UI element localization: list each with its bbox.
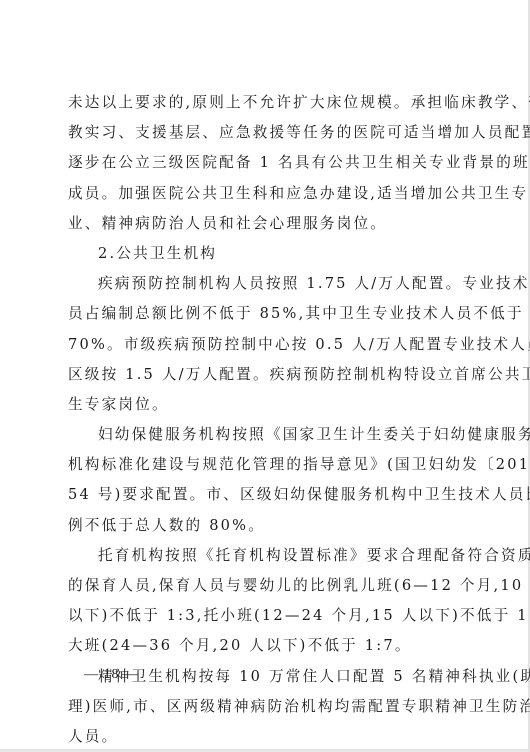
text-line: 的保育人员,保育人员与婴幼儿的比例乳儿班(6—12 个月,10 人 <box>68 571 468 601</box>
text-line: 生专家岗位。 <box>68 390 468 420</box>
text-line: 员占编制总额比例不低于 85%,其中卫生专业技术人员不低于 <box>68 299 468 329</box>
text-line: 托育机构按照《托育机构设置标准》要求合理配备符合资质 <box>68 541 468 571</box>
text-line: 区级按 1.5 人/万人配置。疾病预防控制机构特设立首席公共卫 <box>68 360 468 390</box>
text-line: 机构标准化建设与规范化管理的指导意见》(国卫妇幼发〔2015〕 <box>68 450 468 480</box>
document-body: 未达以上要求的,原则上不允许扩大床位规模。承担临床教学、带 教实习、支援基层、应… <box>68 88 468 752</box>
text-line: 业、精神病防治人员和社会心理服务岗位。 <box>68 209 468 239</box>
paragraph-childcare-institutions: 托育机构按照《托育机构设置标准》要求合理配备符合资质 的保育人员,保育人员与婴幼… <box>68 541 468 662</box>
text-line: 人员。 <box>68 722 468 752</box>
text-line: 例不低于总人数的 80%。 <box>68 511 468 541</box>
text-line: 以下)不低于 1:3,托小班(12—24 个月,15 人以下)不低于 1:5,托 <box>68 601 468 631</box>
text-line: 教实习、支援基层、应急救援等任务的医院可适当增加人员配置。 <box>68 118 468 148</box>
text-line: 70%。市级疾病预防控制中心按 0.5 人/万人配置专业技术人员, <box>68 330 468 360</box>
text-line: 妇幼保健服务机构按照《国家卫生计生委关于妇幼健康服务 <box>68 420 468 450</box>
text-line: 疾病预防控制机构人员按照 1.75 人/万人配置。专业技术人 <box>68 269 468 299</box>
text-line: 成员。加强医院公共卫生科和应急办建设,适当增加公共卫生专 <box>68 179 468 209</box>
paragraph-hospital-staffing: 未达以上要求的,原则上不允许扩大床位规模。承担临床教学、带 教实习、支援基层、应… <box>68 88 468 239</box>
text-line: 54 号)要求配置。市、区级妇幼保健服务机构中卫生技术人员比 <box>68 480 468 510</box>
paragraph-cdc-staffing: 疾病预防控制机构人员按照 1.75 人/万人配置。专业技术人 员占编制总额比例不… <box>68 269 468 420</box>
paragraph-maternal-child-health: 妇幼保健服务机构按照《国家卫生计生委关于妇幼健康服务 机构标准化建设与规范化管理… <box>68 420 468 541</box>
text-line: 逐步在公立三级医院配备 1 名具有公共卫生相关专业背景的班子 <box>68 148 468 178</box>
section-heading-public-health: 2.公共卫生机构 <box>68 239 468 269</box>
text-line: 大班(24—36 个月,20 人以下)不低于 1:7。 <box>68 631 468 661</box>
text-line: 未达以上要求的,原则上不允许扩大床位规模。承担临床教学、带 <box>68 88 468 118</box>
page-number: — 18 — <box>84 667 139 683</box>
document-page: 未达以上要求的,原则上不允许扩大床位规模。承担临床教学、带 教实习、支援基层、应… <box>0 0 529 750</box>
text-line: 理)医师,市、区两级精神病防治机构均需配置专职精神卫生防治 <box>68 692 468 722</box>
